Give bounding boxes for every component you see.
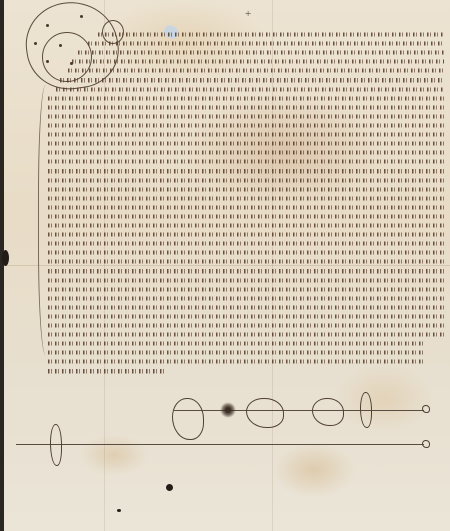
initial-dot xyxy=(46,24,49,27)
initial-dot xyxy=(34,42,37,45)
manuscript-body-text xyxy=(48,30,444,376)
top-cross-mark: + xyxy=(245,8,251,20)
signature-flourish xyxy=(172,398,204,440)
manuscript-page: handwritten manuscript + xyxy=(4,0,450,531)
initial-dot xyxy=(80,15,83,18)
signature-flourish xyxy=(312,398,344,426)
signature-rubric xyxy=(360,392,372,428)
paper-hole xyxy=(166,484,173,491)
signature-rule xyxy=(174,410,424,411)
notarial-sign xyxy=(220,402,236,418)
line-end-mark xyxy=(422,440,430,448)
signature-rubric xyxy=(50,424,62,466)
paper-tear xyxy=(2,250,9,266)
signature-flourish xyxy=(246,398,284,428)
paper-hole xyxy=(117,509,121,512)
line-end-mark xyxy=(422,405,430,413)
bottom-rule xyxy=(16,444,424,445)
